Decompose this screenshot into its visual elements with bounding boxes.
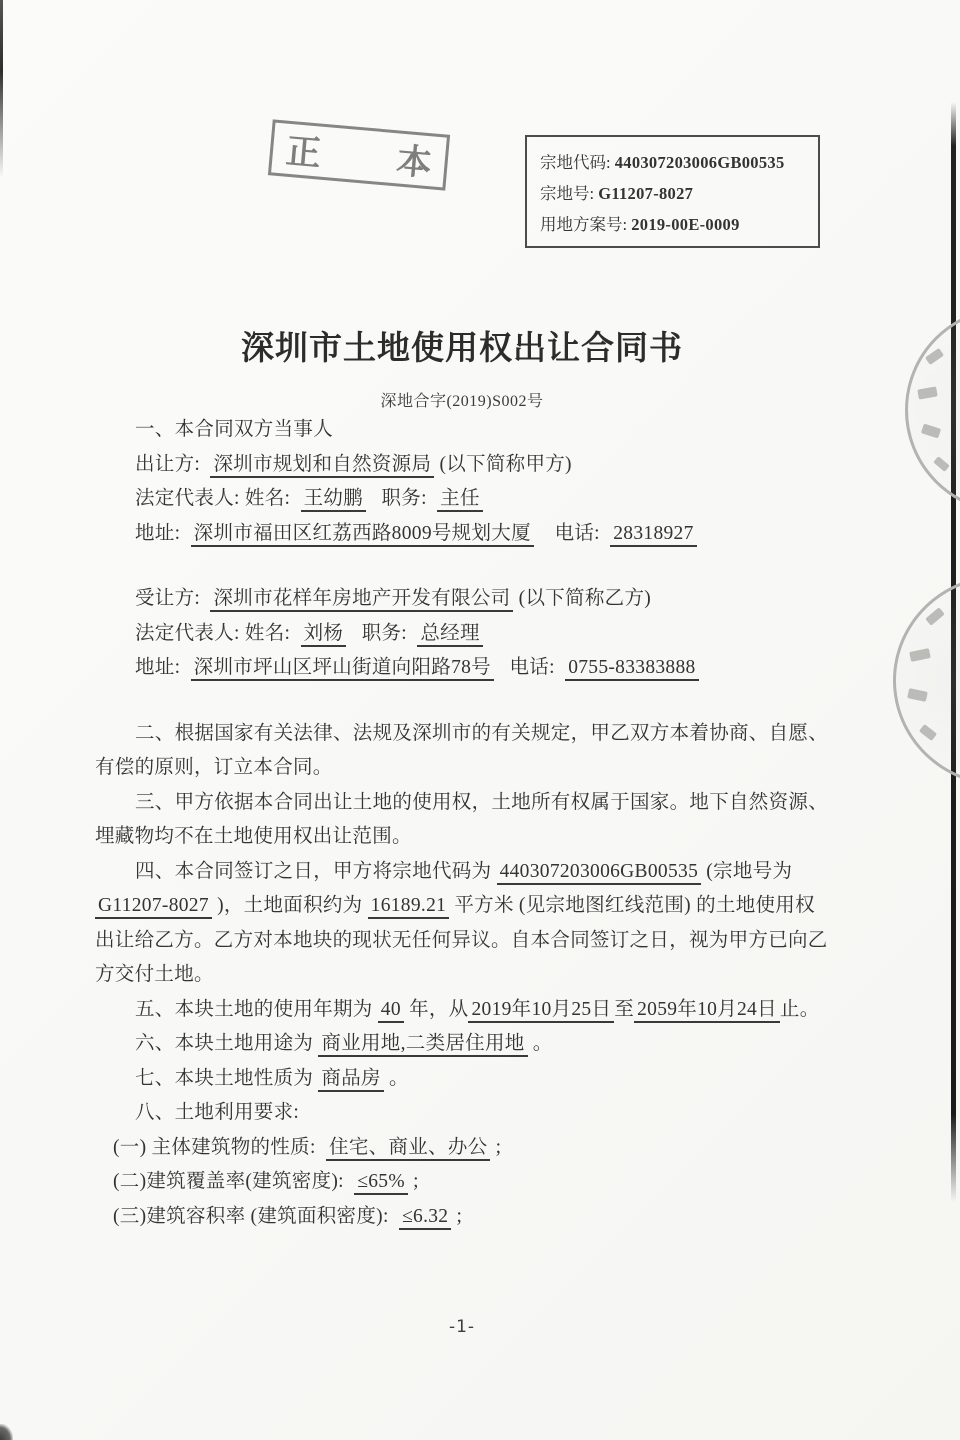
underlined-value: 住宅、商业、办公 bbox=[326, 1137, 490, 1161]
info-label: 宗地号: bbox=[540, 184, 598, 203]
underlined-value: 40 bbox=[378, 999, 404, 1023]
body-text: 六、本块土地用途为 bbox=[135, 1033, 318, 1054]
body-line: 五、本块土地的使用年期为 40 年，从2019年10月25日至2059年10月2… bbox=[95, 993, 865, 1028]
body-text: 法定代表人: 姓名: bbox=[135, 488, 301, 509]
body-line: (二)建筑覆盖率(建筑密度): ≤65% ; bbox=[95, 1165, 865, 1200]
underlined-value: 28318927 bbox=[610, 523, 696, 547]
body-text: 埋藏物均不在土地使用权出让范围。 bbox=[95, 826, 412, 847]
body-text: (二)建筑覆盖率(建筑密度): bbox=[113, 1171, 354, 1192]
official-seal-partial-icon bbox=[893, 575, 960, 786]
underlined-value: 0755-83383888 bbox=[565, 657, 698, 681]
body-text: (三)建筑容积率 (建筑面积密度): bbox=[113, 1206, 399, 1227]
underlined-value: 深圳市规划和自然资源局 bbox=[210, 454, 434, 478]
body-line: 埋藏物均不在土地使用权出让范围。 bbox=[95, 820, 865, 855]
body-text: 止。 bbox=[780, 999, 820, 1020]
body-text: (一) 主体建筑物的性质: bbox=[113, 1137, 326, 1158]
underlined-value: 王幼鹏 bbox=[301, 488, 366, 512]
body-line: 地址: 深圳市福田区红荔西路8009号规划大厦 电话: 28318927 bbox=[95, 517, 865, 552]
body-text: ; bbox=[408, 1171, 419, 1192]
info-label: 宗地代码: bbox=[540, 153, 615, 172]
underlined-value: 深圳市坪山区坪山街道向阳路78号 bbox=[191, 657, 494, 681]
body-text: 有偿的原则，订立本合同。 bbox=[95, 757, 333, 778]
body-text: 电话: bbox=[494, 657, 565, 678]
info-value: 440307203006GB00535 bbox=[615, 153, 785, 172]
body-text: 。 bbox=[528, 1033, 553, 1054]
body-text: 法定代表人: 姓名: bbox=[135, 623, 301, 644]
body-line: 方交付土地。 bbox=[95, 958, 865, 993]
underlined-value: 440307203006GB00535 bbox=[497, 861, 702, 885]
underlined-value: 商品房 bbox=[318, 1068, 383, 1092]
underlined-value: ≤65% bbox=[354, 1171, 408, 1195]
body-text: 至 bbox=[614, 999, 634, 1020]
body-text: 四、本合同签订之日，甲方将宗地代码为 bbox=[135, 861, 497, 882]
underlined-value: 总经理 bbox=[417, 623, 482, 647]
body-line: 二、根据国家有关法律、法规及深圳市的有关规定，甲乙双方本着协商、自愿、 bbox=[95, 717, 865, 752]
body-text: 五、本块土地的使用年期为 bbox=[135, 999, 378, 1020]
body-text: 地址: bbox=[135, 657, 191, 678]
info-row: 宗地号: G11207-8027 bbox=[540, 180, 812, 204]
underlined-value: 2059年10月24日 bbox=[634, 999, 780, 1023]
body-text: 电话: bbox=[534, 523, 610, 544]
body-text: 八、土地利用要求: bbox=[135, 1102, 299, 1123]
body-line: 出让方: 深圳市规划和自然资源局 (以下简称甲方) bbox=[95, 448, 865, 483]
body-text: 出让方: bbox=[135, 454, 210, 475]
body-text: 一、本合同双方当事人 bbox=[135, 419, 333, 440]
scan-edge-left bbox=[0, 0, 3, 178]
body-text: ; bbox=[490, 1137, 501, 1158]
info-row: 宗地代码: 440307203006GB00535 bbox=[540, 149, 812, 173]
body-text: ; bbox=[451, 1206, 462, 1227]
underlined-value: 2019年10月25日 bbox=[468, 999, 614, 1023]
document-number: 深地合字(2019)S002号 bbox=[0, 388, 924, 411]
info-value: 2019-00E-0009 bbox=[631, 215, 739, 234]
scan-corner-mark bbox=[0, 1424, 13, 1440]
page-title: 深圳市土地使用权出让合同书 bbox=[0, 322, 924, 369]
body-line: 出让给乙方。乙方对本地块的现状无任何异议。自本合同签订之日，视为甲方已向乙 bbox=[95, 924, 865, 959]
body-text: 。 bbox=[384, 1068, 409, 1089]
body-text: 地址: bbox=[135, 523, 191, 544]
body-text: (宗地号为 bbox=[701, 861, 792, 882]
body-line: 法定代表人: 姓名: 王幼鹏 职务: 主任 bbox=[95, 482, 865, 517]
body-line: 法定代表人: 姓名: 刘杨 职务: 总经理 bbox=[95, 617, 865, 652]
parcel-info-box: 宗地代码: 440307203006GB00535宗地号: G11207-802… bbox=[525, 135, 820, 248]
info-label: 用地方案号: bbox=[540, 215, 631, 234]
info-value: G11207-8027 bbox=[598, 184, 693, 203]
body-line: 有偿的原则，订立本合同。 bbox=[95, 751, 865, 786]
body-text: (以下简称甲方) bbox=[434, 454, 572, 475]
body-line: 六、本块土地用途为 商业用地,二类居住用地 。 bbox=[95, 1027, 865, 1062]
body-line: 地址: 深圳市坪山区坪山街道向阳路78号 电话: 0755-83383888 bbox=[95, 651, 865, 686]
body-text: 七、本块土地性质为 bbox=[135, 1068, 318, 1089]
body-line: 三、甲方依据本合同出让土地的使用权，土地所有权属于国家。地下自然资源、 bbox=[95, 786, 865, 821]
underlined-value: 主任 bbox=[437, 488, 483, 512]
body-text: 三、甲方依据本合同出让土地的使用权，土地所有权属于国家。地下自然资源、 bbox=[135, 792, 828, 813]
body-text: 方交付土地。 bbox=[95, 964, 214, 985]
stamp-char: 本 bbox=[395, 133, 434, 186]
page-number: -1- bbox=[0, 1317, 924, 1337]
contract-body: 一、本合同双方当事人出让方: 深圳市规划和自然资源局 (以下简称甲方)法定代表人… bbox=[95, 413, 865, 1234]
body-text: 职务: bbox=[346, 623, 417, 644]
stamp-char: 正 bbox=[284, 124, 323, 177]
body-text: )，土地面积约为 bbox=[212, 895, 368, 916]
underlined-value: 深圳市福田区红荔西路8009号规划大厦 bbox=[191, 523, 534, 547]
underlined-value: 16189.21 bbox=[368, 895, 450, 919]
info-row: 用地方案号: 2019-00E-0009 bbox=[540, 211, 812, 235]
underlined-value: 刘杨 bbox=[301, 623, 347, 647]
body-text: 出让给乙方。乙方对本地块的现状无任何异议。自本合同签订之日，视为甲方已向乙 bbox=[95, 930, 828, 951]
body-line: 四、本合同签订之日，甲方将宗地代码为 440307203006GB00535 (… bbox=[95, 855, 865, 890]
underlined-value: G11207-8027 bbox=[95, 895, 212, 919]
body-line: 八、土地利用要求: bbox=[95, 1096, 865, 1131]
underlined-value: 深圳市花样年房地产开发有限公司 bbox=[210, 588, 513, 612]
original-copy-stamp: 正 本 bbox=[268, 119, 450, 190]
body-line: 一、本合同双方当事人 bbox=[95, 413, 865, 448]
underlined-value: ≤6.32 bbox=[399, 1206, 451, 1230]
body-line: (一) 主体建筑物的性质: 住宅、商业、办公 ; bbox=[95, 1131, 865, 1166]
body-text: (以下简称乙方) bbox=[513, 588, 651, 609]
body-text: 年，从 bbox=[404, 999, 469, 1020]
body-text: 受让方: bbox=[135, 588, 210, 609]
body-text: 二、根据国家有关法律、法规及深圳市的有关规定，甲乙双方本着协商、自愿、 bbox=[135, 723, 828, 744]
body-text: 平方米 (见宗地图红线范围) 的土地使用权 bbox=[449, 895, 815, 916]
body-line: 受让方: 深圳市花样年房地产开发有限公司 (以下简称乙方) bbox=[95, 582, 865, 617]
body-line: (三)建筑容积率 (建筑面积密度): ≤6.32 ; bbox=[95, 1200, 865, 1235]
underlined-value: 商业用地,二类居住用地 bbox=[318, 1033, 527, 1057]
body-line: 七、本块土地性质为 商品房 。 bbox=[95, 1062, 865, 1097]
contract-page: 正 本 宗地代码: 440307203006GB00535宗地号: G11207… bbox=[0, 0, 960, 1440]
body-line: G11207-8027 )，土地面积约为 16189.21 平方米 (见宗地图红… bbox=[95, 889, 865, 924]
body-text: 职务: bbox=[366, 488, 437, 509]
